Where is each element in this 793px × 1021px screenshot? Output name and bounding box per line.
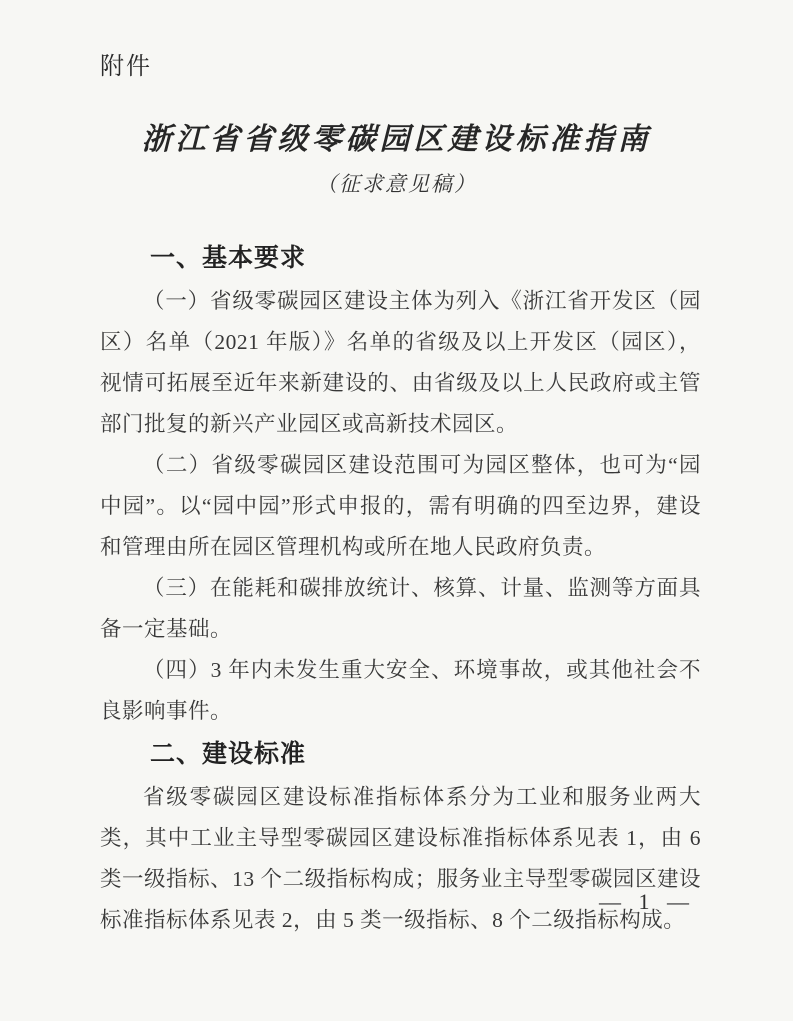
section-heading-construction-standards: 二、建设标准 [100, 734, 701, 775]
document-subtitle: （征求意见稿） [0, 168, 793, 198]
paragraph-5-indicator-system: 省级零碳园区建设标准指标体系分为工业和服务业两大类，其中工业主导型零碳园区建设标… [100, 777, 701, 941]
paragraph-3-statistics-basis: （三）在能耗和碳排放统计、核算、计量、监测等方面具备一定基础。 [100, 568, 701, 650]
document-body: 一、基本要求 （一）省级零碳园区建设主体为列入《浙江省开发区（园区）名单（202… [100, 236, 701, 941]
document-title: 浙江省省级零碳园区建设标准指南 [0, 114, 793, 158]
paragraph-2-construction-scope: （二）省级零碳园区建设范围可为园区整体，也可为“园中园”。以“园中园”形式申报的… [100, 445, 701, 568]
paragraph-4-no-accidents: （四）3 年内未发生重大安全、环境事故，或其他社会不良影响事件。 [100, 650, 701, 732]
paragraph-1-building-subject: （一）省级零碳园区建设主体为列入《浙江省开发区（园区）名单（2021 年版）》名… [100, 281, 701, 445]
page-number: — 1 — [599, 889, 695, 915]
section-heading-basic-requirements: 一、基本要求 [100, 238, 701, 279]
attachment-label: 附件 [100, 46, 152, 81]
document-page: 附件 浙江省省级零碳园区建设标准指南 （征求意见稿） 一、基本要求 （一）省级零… [0, 0, 793, 1021]
